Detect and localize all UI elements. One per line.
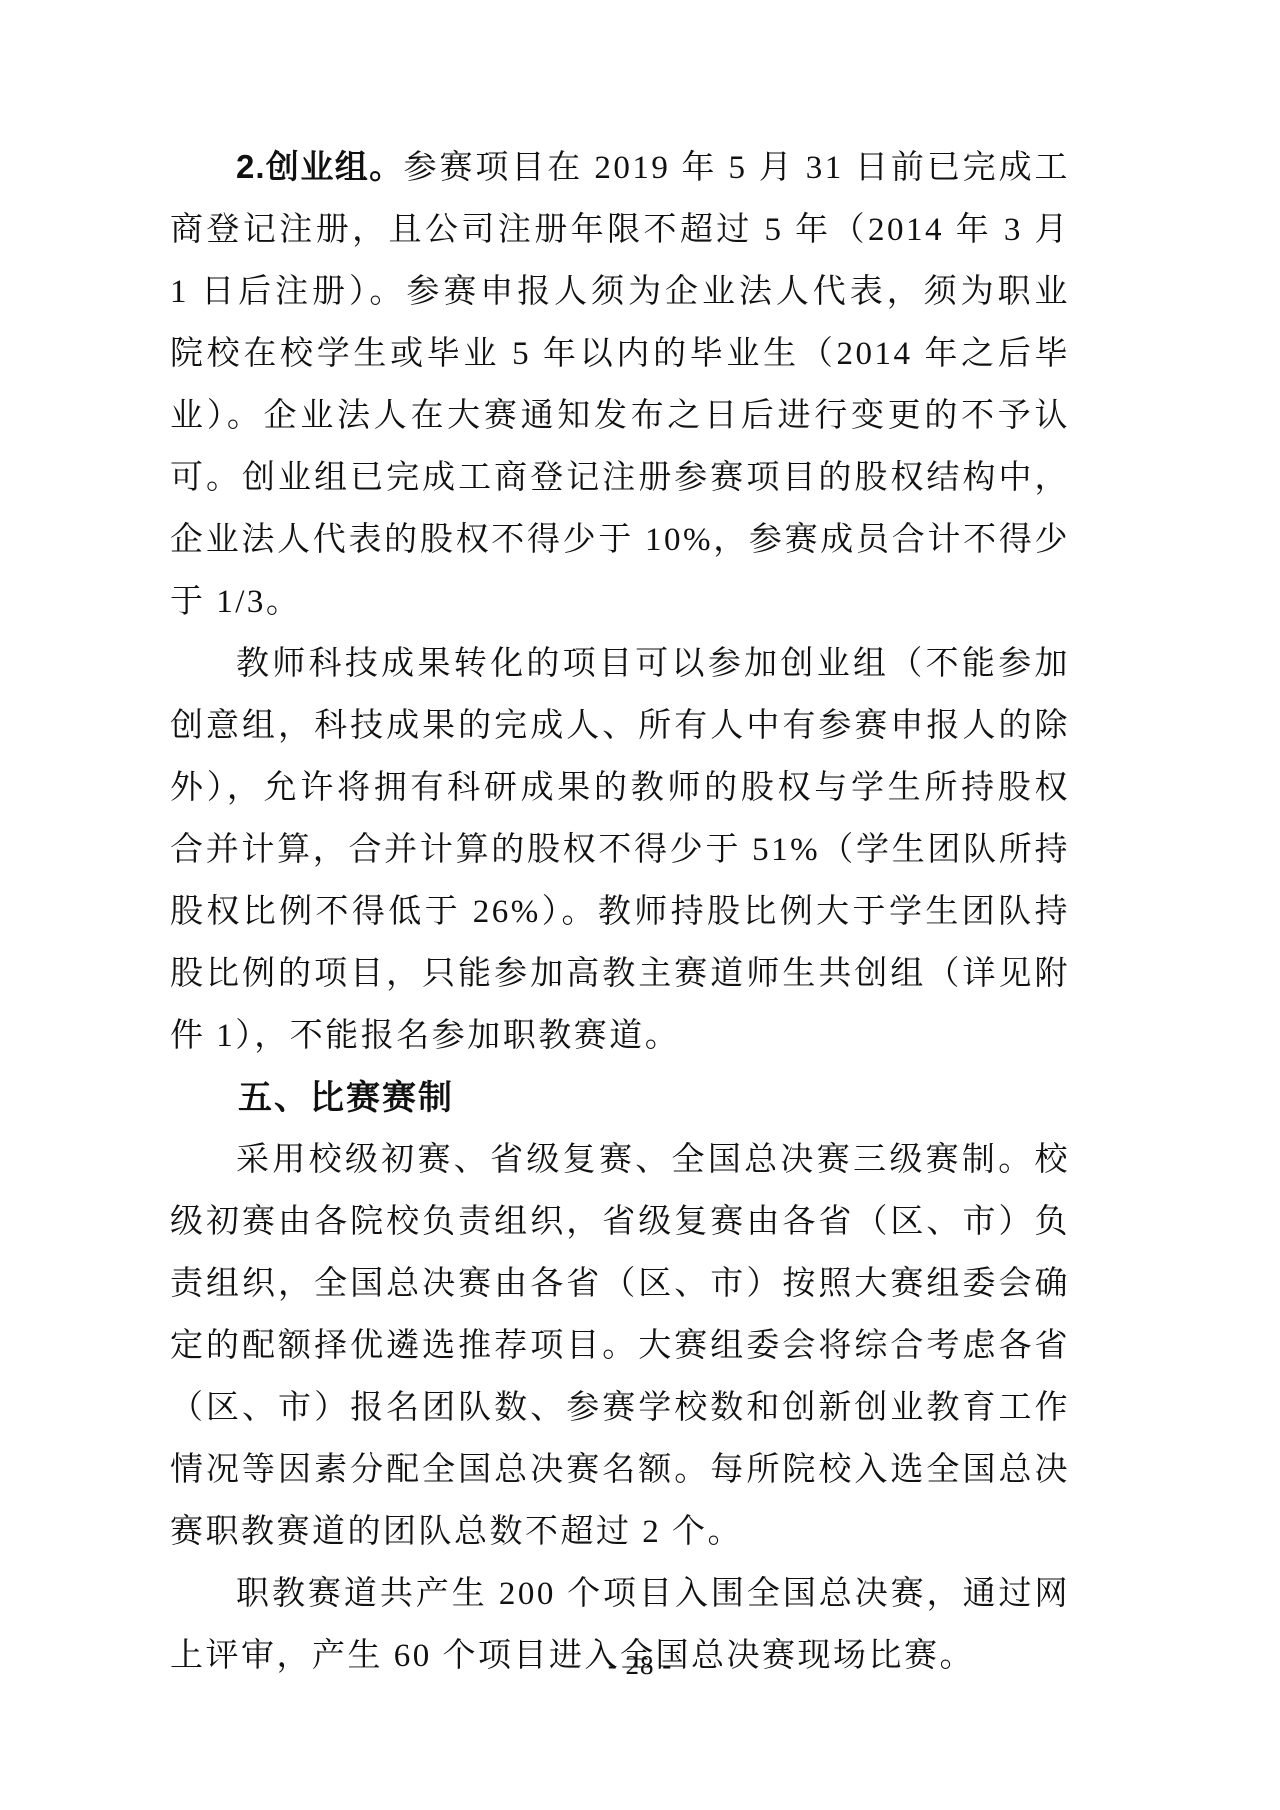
paragraph-lead-entrepreneur-group: 2.创业组。 (236, 148, 404, 185)
section-heading-competition-format: 五、比赛赛制 (170, 1067, 1070, 1129)
document-body: 2.创业组。参赛项目在 2019 年 5 月 31 日前已完成工商登记注册，且公… (170, 136, 1070, 1687)
page-number: - 28 - (0, 1650, 1280, 1681)
paragraph-entrepreneur-group: 2.创业组。参赛项目在 2019 年 5 月 31 日前已完成工商登记注册，且公… (170, 136, 1070, 633)
paragraph-three-level-format: 采用校级初赛、省级复赛、全国总决赛三级赛制。校级初赛由各院校负责组织，省级复赛由… (170, 1129, 1070, 1563)
paragraph-teacher-achievement-projects: 教师科技成果转化的项目可以参加创业组（不能参加创意组，科技成果的完成人、所有人中… (170, 633, 1070, 1067)
paragraph-text-entrepreneur-group: 参赛项目在 2019 年 5 月 31 日前已完成工商登记注册，且公司注册年限不… (170, 150, 1070, 620)
document-page: 2.创业组。参赛项目在 2019 年 5 月 31 日前已完成工商登记注册，且公… (0, 0, 1280, 1810)
